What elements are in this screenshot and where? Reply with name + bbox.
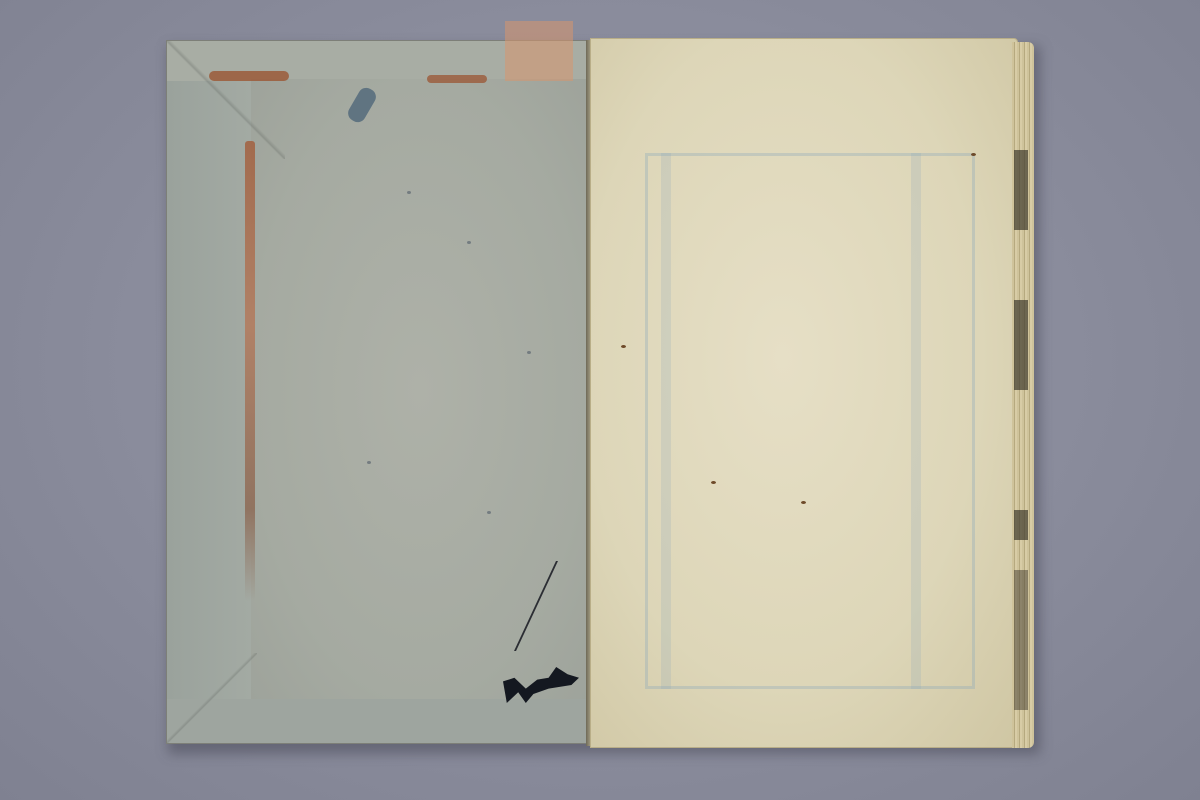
- edge-ink-mark: [1014, 510, 1028, 540]
- foxing-speck: [711, 481, 716, 484]
- endpaper-page: Endpaper: [590, 38, 1018, 748]
- rust-stain-top-right: [427, 75, 487, 83]
- fiber-speck: [367, 461, 371, 464]
- fiber-speck: [467, 241, 471, 244]
- rust-stain-top-left: [209, 71, 289, 81]
- fiber-speck: [407, 191, 411, 194]
- printed-border-showthrough: [645, 153, 975, 689]
- corner-fold-bottom: [167, 653, 257, 743]
- foxing-speck: [621, 345, 626, 348]
- foxing-speck: [971, 153, 976, 156]
- fiber-speck: [487, 511, 491, 514]
- edge-ink-mark: [1014, 150, 1028, 230]
- tape-repair: [505, 21, 573, 81]
- edge-ink-mark: [1014, 570, 1028, 710]
- showthrough-column: [911, 153, 921, 689]
- edge-ink-mark: [1014, 300, 1028, 390]
- foxing-speck: [801, 501, 806, 504]
- fiber-speck: [527, 351, 531, 354]
- inner-cover: Inner cover: [166, 40, 590, 744]
- showthrough-column: [661, 153, 671, 689]
- corner-fold-top: [167, 41, 285, 159]
- rust-stain-vertical: [245, 141, 255, 601]
